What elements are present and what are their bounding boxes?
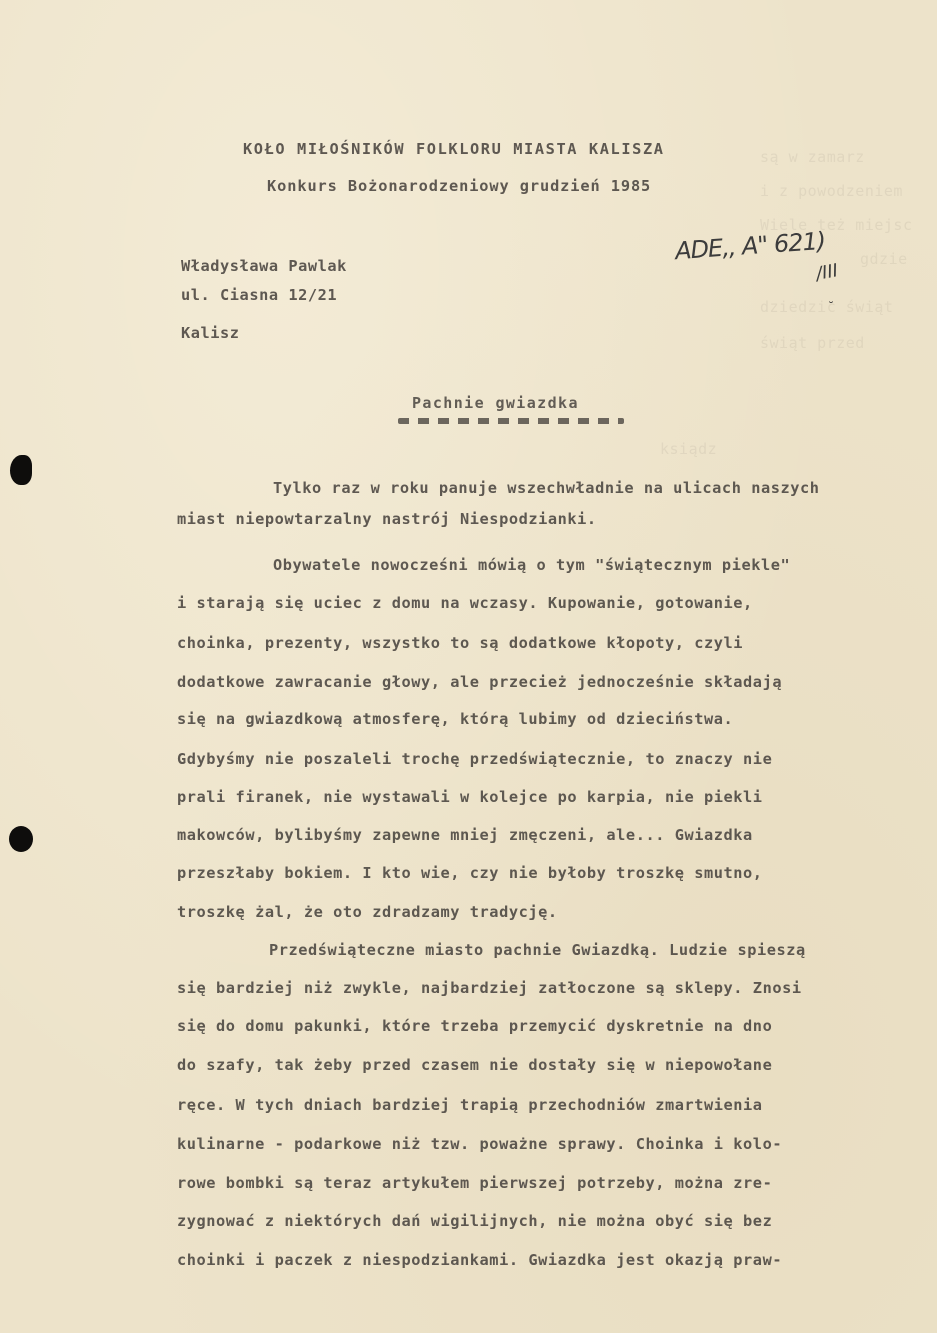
show-through-text: ksiądz (660, 440, 717, 458)
show-through-text: gdzie (860, 250, 908, 268)
body-line: choinka, prezenty, wszystko to są dodatk… (177, 634, 743, 652)
archive-signature-sub: /III (814, 260, 839, 285)
body-line: przeszłaby bokiem. I kto wie, czy nie by… (177, 864, 763, 882)
body-line: Gdybyśmy nie poszaleli trochę przedświąt… (177, 750, 772, 768)
header-contest: Konkurs Bożonarodzeniowy grudzień 1985 (267, 177, 651, 195)
header-organization: KOŁO MIŁOŚNIKÓW FOLKLORU MIASTA KALISZA (243, 140, 665, 158)
show-through-text: dziedzic świąt (760, 298, 893, 316)
author-street: ul. Ciasna 12/21 (181, 286, 337, 304)
archive-mark: ˘ (828, 300, 834, 314)
body-line: się do domu pakunki, które trzeba przemy… (177, 1017, 772, 1035)
author-city: Kalisz (181, 324, 240, 342)
body-line: się bardziej niż zwykle, najbardziej zat… (177, 979, 802, 997)
title-underline (398, 418, 624, 424)
author-name: Władysława Pawlak (181, 257, 347, 275)
body-line: ręce. W tych dniach bardziej trapią prze… (177, 1096, 763, 1114)
body-line: choinki i paczek z niespodziankami. Gwia… (177, 1251, 782, 1269)
body-line: zygnować z niektórych dań wigilijnych, n… (177, 1212, 772, 1230)
body-line: troszkę żal, że oto zdradzamy tradycję. (177, 903, 558, 921)
body-line: prali firanek, nie wystawali w kolejce p… (177, 788, 763, 806)
body-line: makowców, bylibyśmy zapewne mniej zmęcze… (177, 826, 753, 844)
show-through-text: świąt przed (760, 334, 865, 352)
body-line: się na gwiazdkową atmosferę, którą lubim… (177, 710, 733, 728)
body-line: Tylko raz w roku panuje wszechwładnie na… (273, 479, 820, 497)
body-line: kulinarne - podarkowe niż tzw. poważne s… (177, 1135, 782, 1153)
body-line: i starają się uciec z domu na wczasy. Ku… (177, 594, 753, 612)
show-through-text: i z powodzeniem (760, 182, 903, 200)
punch-hole-top (10, 455, 32, 485)
body-line: do szafy, tak żeby przed czasem nie dost… (177, 1056, 772, 1074)
body-line: Obywatele nowocześni mówią o tym "świąte… (273, 556, 790, 574)
body-line: rowe bombki są teraz artykułem pierwszej… (177, 1174, 772, 1192)
punch-hole-bottom (9, 826, 33, 852)
body-line: dodatkowe zawracanie głowy, ale przecież… (177, 673, 782, 691)
body-line: Przedświąteczne miasto pachnie Gwiazdką.… (269, 941, 806, 959)
story-title: Pachnie gwiazdka (412, 394, 579, 412)
body-line: miast niepowtarzalny nastrój Niespodzian… (177, 510, 597, 528)
show-through-text: są w zamarz (760, 148, 865, 166)
